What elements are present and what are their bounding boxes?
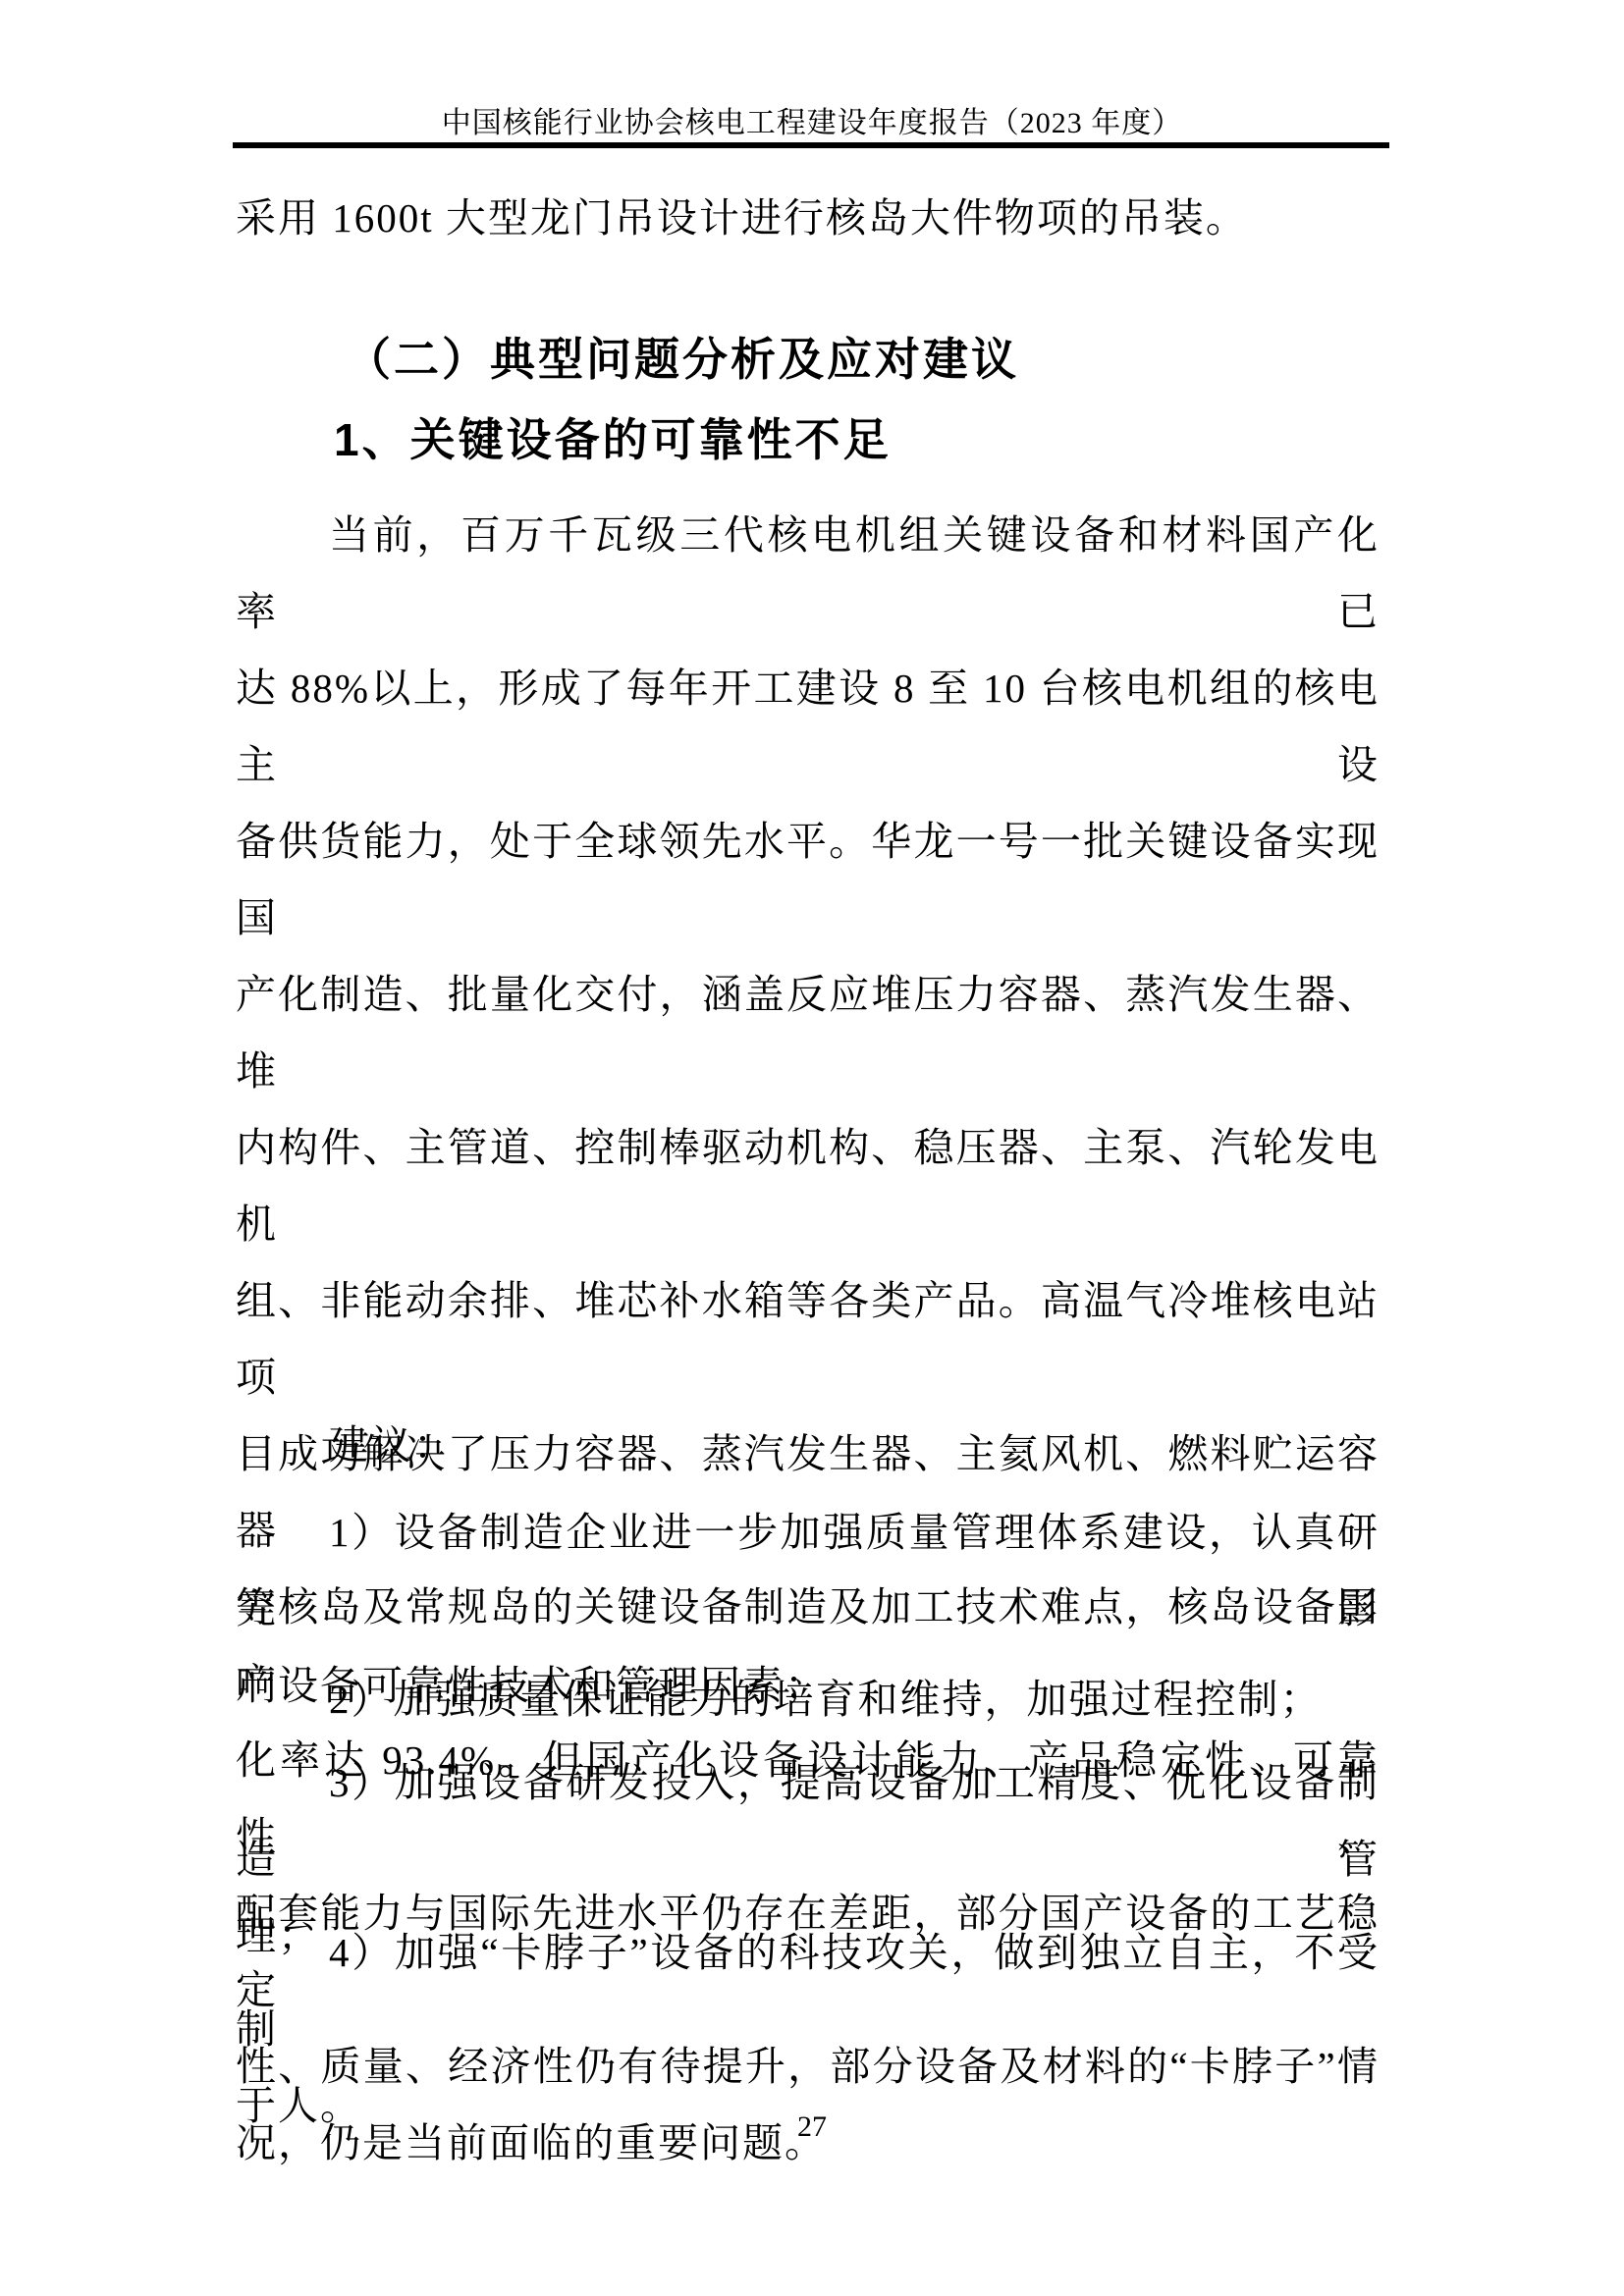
sub-heading: 1、关键设备的可靠性不足 [334,412,892,467]
advice-line: 3）加强设备研发投入，提高设备加工精度、优化设备制造管 [236,1744,1380,1897]
intro-paragraph: 采用 1600t 大型龙门吊设计进行核岛大件物项的吊装。 [236,180,1380,256]
paragraph-line: 组、非能动余排、堆芯补水箱等各类产品。高温气冷堆核电站项 [236,1262,1380,1415]
advice-line: 1）设备制造企业进一步加强质量管理体系建设，认真研究影 [236,1494,1380,1647]
advice-line: 2）加强质量保证能力的培育和维持，加强过程控制； [236,1661,1380,1737]
advice-label-block: 建议： [236,1407,1380,1483]
advice-item: 4）加强“卡脖子”设备的科技攻关，做到独立自主，不受制 于人。 [236,1914,1380,2144]
paragraph-line: 备供货能力，处于全球领先水平。华龙一号一批关键设备实现国 [236,803,1380,956]
header-rule-divider [233,142,1389,148]
advice-label: 建议： [236,1407,1380,1483]
document-page: 中国核能行业协会核电工程建设年度报告（2023 年度） 采用 1600t 大型龙… [0,0,1624,2296]
paragraph-line: 当前，百万千瓦级三代核电机组关键设备和材料国产化率已 [236,497,1380,650]
paragraph-line: 内构件、主管道、控制棒驱动机构、稳压器、主泵、汽轮发电机 [236,1109,1380,1262]
advice-item: 2）加强质量保证能力的培育和维持，加强过程控制； [236,1661,1380,1737]
page-header-title: 中国核能行业协会核电工程建设年度报告（2023 年度） [0,98,1624,141]
page-number: 27 [0,2110,1624,2144]
paragraph-line: 产化制造、批量化交付，涵盖反应堆压力容器、蒸汽发生器、堆 [236,956,1380,1109]
advice-line: 4）加强“卡脖子”设备的科技攻关，做到独立自主，不受制 [236,1914,1380,2067]
paragraph-line: 达 88%以上，形成了每年开工建设 8 至 10 台核电机组的核电主设 [236,650,1380,803]
paragraph-line: 采用 1600t 大型龙门吊设计进行核岛大件物项的吊装。 [236,180,1380,256]
section-heading: （二）典型问题分析及应对建议 [346,332,1019,387]
